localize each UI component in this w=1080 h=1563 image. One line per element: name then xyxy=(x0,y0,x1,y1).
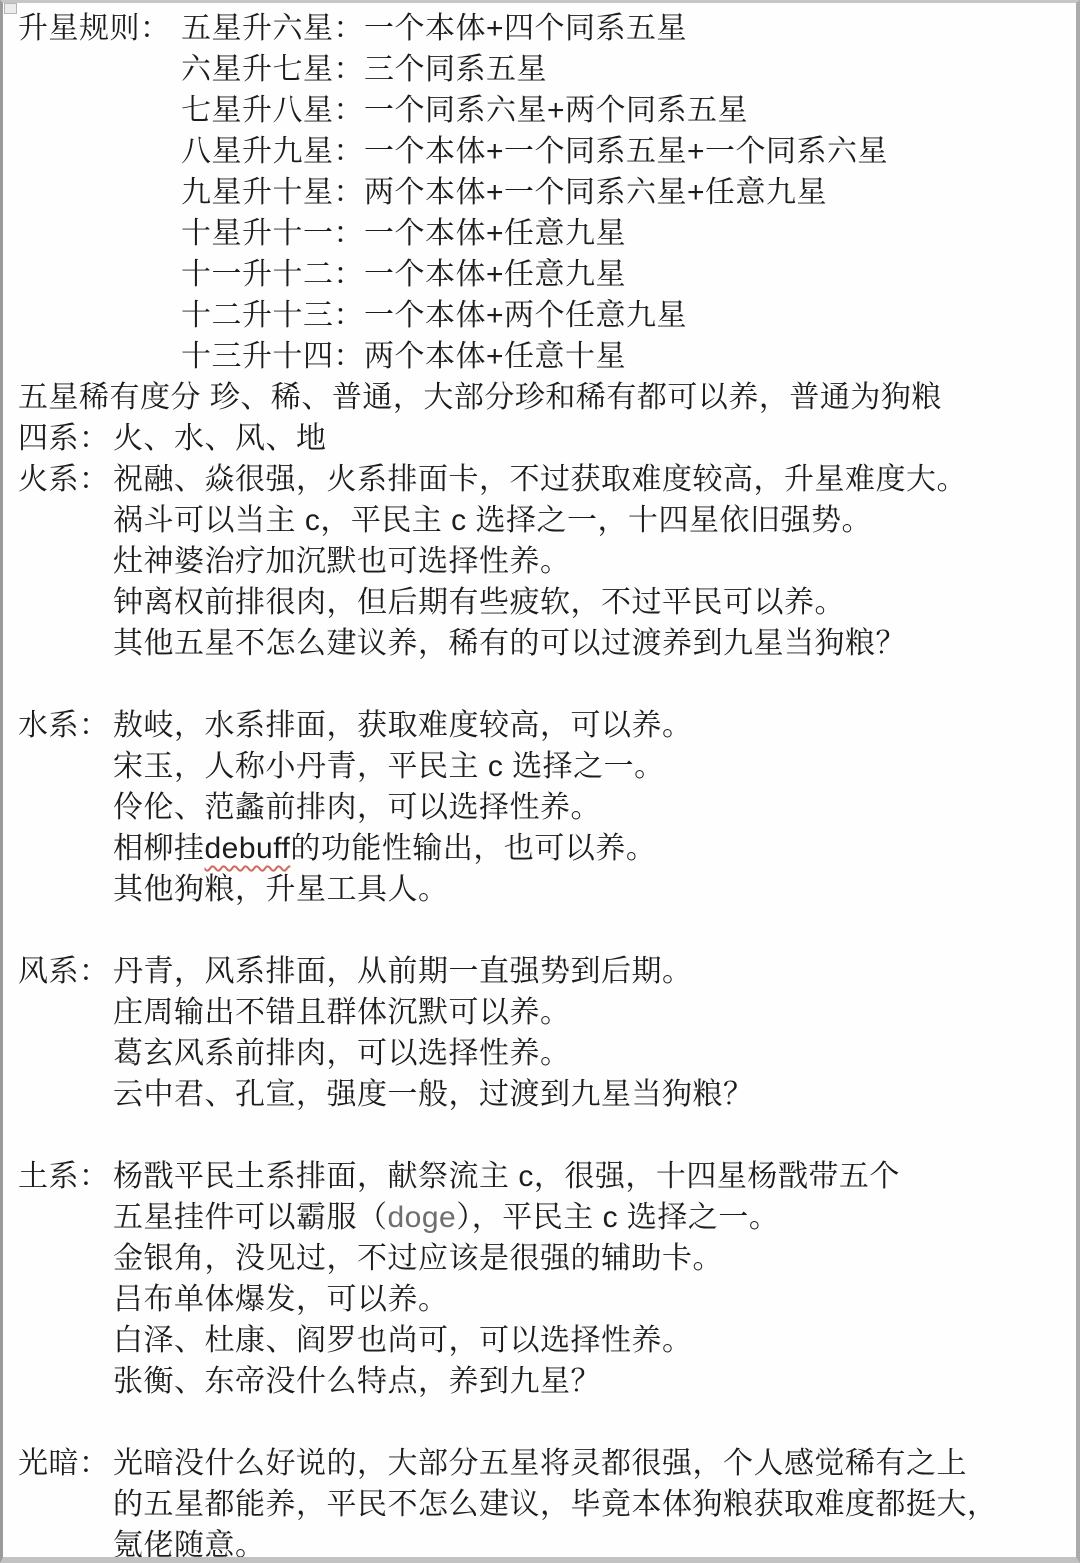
text-segment: 氪佬随意。 xyxy=(113,1525,266,1563)
text-segment: 敖岐，水系排面，获取难度较高，可以养。 xyxy=(113,705,693,746)
text-line: 九星升十星：两个本体+一个同系六星+任意九星 xyxy=(18,172,1070,213)
text-segment: 庄周输出不错且群体沉默可以养。 xyxy=(113,992,571,1033)
text-segment: 六星升七星：三个同系五星 xyxy=(181,49,547,90)
text-line: 土系：杨戬平民土系排面，献祭流主 c，很强，十四星杨戬带五个 xyxy=(18,1156,1070,1197)
section-label: 升星规则： xyxy=(18,8,181,49)
section-label: 四系： xyxy=(18,418,113,459)
text-segment: 宋玉，人称小丹青，平民主 c 选择之一。 xyxy=(113,746,665,787)
text-line: 的五星都能养，平民不怎么建议，毕竟本体狗粮获取难度都挺大， xyxy=(18,1484,1070,1525)
text-line: 五星稀有度分 珍、稀、普通，大部分珍和稀有都可以养，普通为狗粮 xyxy=(18,377,1070,418)
text-line: 六星升七星：三个同系五星 xyxy=(18,49,1070,90)
text-line: 八星升九星：一个本体+一个同系五星+一个同系六星 xyxy=(18,131,1070,172)
text-segment: 五星挂件可以霸服（ xyxy=(113,1197,388,1238)
text-line: 钟离权前排很肉，但后期有些疲软，不过平民可以养。 xyxy=(18,582,1070,623)
text-segment: 张衡、东帝没什么特点，养到九星？ xyxy=(113,1361,601,1402)
text-segment: 五星升六星：一个本体+四个同系五星 xyxy=(181,8,687,49)
blank-line xyxy=(18,910,1070,951)
blank-line xyxy=(18,1115,1070,1156)
text-line: 灶神婆治疗加沉默也可选择性养。 xyxy=(18,541,1070,582)
blank-line xyxy=(18,664,1070,705)
section-label: 土系： xyxy=(18,1156,113,1197)
text-segment: 其他五星不怎么建议养，稀有的可以过渡养到九星当狗粮？ xyxy=(113,623,906,664)
document-body: 升星规则：五星升六星：一个本体+四个同系五星六星升七星：三个同系五星七星升八星：… xyxy=(3,3,1076,1563)
text-segment: 十星升十一：一个本体+任意九星 xyxy=(181,213,626,254)
text-segment: 相柳挂 xyxy=(113,828,205,869)
text-line: 十星升十一：一个本体+任意九星 xyxy=(18,213,1070,254)
text-segment: 灶神婆治疗加沉默也可选择性养。 xyxy=(113,541,571,582)
text-segment: 祸斗可以当主 c，平民主 c 选择之一，十四星依旧强势。 xyxy=(113,500,872,541)
text-line: 相柳挂 debuff 的功能性输出，也可以养。 xyxy=(18,828,1070,869)
text-segment: 八星升九星：一个本体+一个同系五星+一个同系六星 xyxy=(181,131,888,172)
text-segment: 祝融、焱很强，火系排面卡，不过获取难度较高，升星难度大。 xyxy=(113,459,967,500)
text-segment: 五星稀有度分 珍、稀、普通，大部分珍和稀有都可以养，普通为狗粮 xyxy=(18,377,942,418)
text-line: 氪佬随意。 xyxy=(18,1525,1070,1563)
text-line: 升星规则：五星升六星：一个本体+四个同系五星 xyxy=(18,8,1070,49)
text-line: 吕布单体爆发，可以养。 xyxy=(18,1279,1070,1320)
text-line: 葛玄风系前排肉，可以选择性养。 xyxy=(18,1033,1070,1074)
text-line: 庄周输出不错且群体沉默可以养。 xyxy=(18,992,1070,1033)
text-segment: 光暗没什么好说的，大部分五星将灵都很强，个人感觉稀有之上 xyxy=(113,1443,967,1484)
text-line: 宋玉，人称小丹青，平民主 c 选择之一。 xyxy=(18,746,1070,787)
text-line: 风系：丹青，风系排面，从前期一直强势到后期。 xyxy=(18,951,1070,992)
text-line: 五星挂件可以霸服（doge），平民主 c 选择之一。 xyxy=(18,1197,1070,1238)
section-label: 水系： xyxy=(18,705,113,746)
text-line: 火系：祝融、焱很强，火系排面卡，不过获取难度较高，升星难度大。 xyxy=(18,459,1070,500)
text-segment: 吕布单体爆发，可以养。 xyxy=(113,1279,449,1320)
text-segment: 七星升八星：一个同系六星+两个同系五星 xyxy=(181,90,748,131)
section-label: 火系： xyxy=(18,459,113,500)
text-segment: 十二升十三：一个本体+两个任意九星 xyxy=(181,295,687,336)
text-line: 祸斗可以当主 c，平民主 c 选择之一，十四星依旧强势。 xyxy=(18,500,1070,541)
text-line: 四系：火、水、风、地 xyxy=(18,418,1070,459)
text-line: 云中君、孔宣，强度一般，过渡到九星当狗粮？ xyxy=(18,1074,1070,1115)
text-segment: 其他狗粮，升星工具人。 xyxy=(113,869,449,910)
text-line: 七星升八星：一个同系六星+两个同系五星 xyxy=(18,90,1070,131)
text-line: 光暗：光暗没什么好说的，大部分五星将灵都很强，个人感觉稀有之上 xyxy=(18,1443,1070,1484)
text-segment: 十三升十四：两个本体+任意十星 xyxy=(181,336,626,377)
text-line: 十一升十二：一个本体+任意九星 xyxy=(18,254,1070,295)
text-line: 伶伦、范蠡前排肉，可以选择性养。 xyxy=(18,787,1070,828)
text-segment: 杨戬平民土系排面，献祭流主 c，很强，十四星杨戬带五个 xyxy=(113,1156,900,1197)
text-segment: 的五星都能养，平民不怎么建议，毕竟本体狗粮获取难度都挺大， xyxy=(113,1484,998,1525)
text-line: 其他狗粮，升星工具人。 xyxy=(18,869,1070,910)
text-line: 张衡、东帝没什么特点，养到九星？ xyxy=(18,1361,1070,1402)
text-line: 其他五星不怎么建议养，稀有的可以过渡养到九星当狗粮？ xyxy=(18,623,1070,664)
text-segment: 云中君、孔宣，强度一般，过渡到九星当狗粮？ xyxy=(113,1074,754,1115)
text-line: 金银角，没见过，不过应该是很强的辅助卡。 xyxy=(18,1238,1070,1279)
text-line: 白泽、杜康、阎罗也尚可，可以选择性养。 xyxy=(18,1320,1070,1361)
text-line: 十三升十四：两个本体+任意十星 xyxy=(18,336,1070,377)
text-segment: 白泽、杜康、阎罗也尚可，可以选择性养。 xyxy=(113,1320,693,1361)
text-segment: 金银角，没见过，不过应该是很强的辅助卡。 xyxy=(113,1238,723,1279)
misspelled-word: debuff xyxy=(205,828,291,869)
corner-marker xyxy=(4,3,17,14)
muted-word: doge xyxy=(388,1197,457,1238)
blank-line xyxy=(18,1402,1070,1443)
text-segment: 钟离权前排很肉，但后期有些疲软，不过平民可以养。 xyxy=(113,582,845,623)
text-segment: 的功能性输出，也可以养。 xyxy=(290,828,656,869)
text-line: 十二升十三：一个本体+两个任意九星 xyxy=(18,295,1070,336)
text-segment: 伶伦、范蠡前排肉，可以选择性养。 xyxy=(113,787,601,828)
text-line: 水系：敖岐，水系排面，获取难度较高，可以养。 xyxy=(18,705,1070,746)
text-segment: 九星升十星：两个本体+一个同系六星+任意九星 xyxy=(181,172,827,213)
text-segment: 丹青，风系排面，从前期一直强势到后期。 xyxy=(113,951,693,992)
text-segment: 十一升十二：一个本体+任意九星 xyxy=(181,254,626,295)
section-label: 光暗： xyxy=(18,1443,113,1484)
text-segment: 葛玄风系前排肉，可以选择性养。 xyxy=(113,1033,571,1074)
document-page: 升星规则：五星升六星：一个本体+四个同系五星六星升七星：三个同系五星七星升八星：… xyxy=(0,0,1080,1563)
text-segment: 火、水、风、地 xyxy=(113,418,327,459)
text-segment: ），平民主 c 选择之一。 xyxy=(456,1197,779,1238)
section-label: 风系： xyxy=(18,951,113,992)
